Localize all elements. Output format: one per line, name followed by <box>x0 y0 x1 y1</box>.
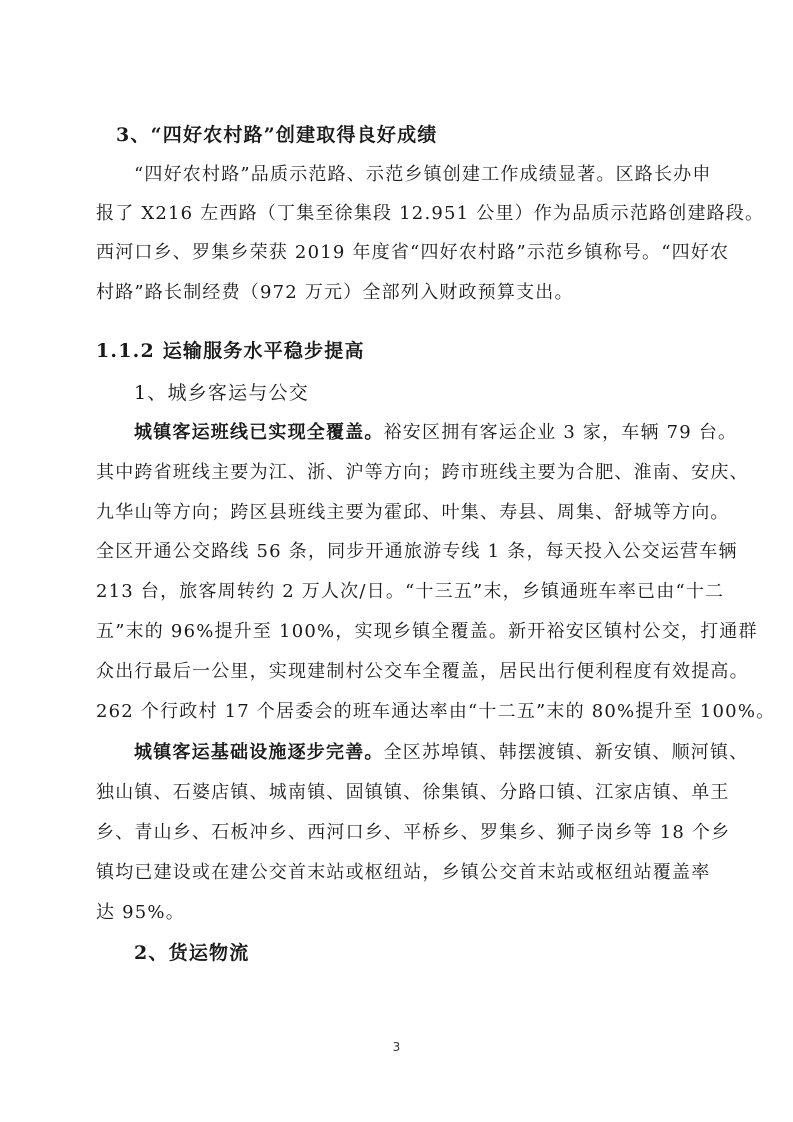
paragraph-line: “四好农村路”品质示范路、示范乡镇创建工作成绩显著。区路长办申 <box>134 164 754 186</box>
paragraph-line: 262 个行政村 17 个居委会的班车通达率由“十二五”末的 80%提升至 10… <box>96 701 716 723</box>
paragraph-line: 报了 X216 左西路（丁集至徐集段 12.951 公里）作为品质示范路创建路段… <box>96 203 716 225</box>
paragraph-line: 213 台，旅客周转约 2 万人次/日。“十三五”末，乡镇通班车率已由“十二 <box>96 581 716 603</box>
paragraph-line: 众出行最后一公里，实现建制村公交车全覆盖，居民出行便利程度有效提高。 <box>96 661 716 683</box>
paragraph-line: 全区开通公交路线 56 条，同步开通旅游专线 1 条，每天投入公交运营车辆 <box>96 541 716 563</box>
paragraph-line: 城镇客运班线已实现全覆盖。裕安区拥有客运企业 3 家，车辆 79 台。 <box>134 422 754 444</box>
paragraph-line: 九华山等方向；跨区县班线主要为霍邱、叶集、寿县、周集、舒城等方向。 <box>96 502 716 524</box>
paragraph-line: 镇均已建设或在建公交首末站或枢纽站，乡镇公交首末站或枢纽站覆盖率 <box>96 862 716 884</box>
paragraph-line: 乡、青山乡、石板冲乡、西河口乡、平桥乡、罗集乡、狮子岗乡等 18 个乡 <box>96 822 716 844</box>
section-heading-four-good-rural-roads: 3、“四好农村路”创建取得良好成绩 <box>116 124 736 146</box>
paragraph-text: 全区苏埠镇、韩摆渡镇、新安镇、顺河镇、 <box>384 742 749 763</box>
paragraph-line: 城镇客运基础设施逐步完善。全区苏埠镇、韩摆渡镇、新安镇、顺河镇、 <box>134 742 754 764</box>
bold-lead-text: 城镇客运班线已实现全覆盖。 <box>134 422 384 443</box>
paragraph-line: 达 95%。 <box>96 902 716 924</box>
subsection-heading-transport-service: 1.1.2 运输服务水平稳步提高 <box>96 340 716 362</box>
bold-lead-text: 城镇客运基础设施逐步完善。 <box>134 742 384 763</box>
subheading-urban-rural-passenger: 1、城乡客运与公交 <box>134 382 754 404</box>
page-number: 3 <box>0 1040 793 1054</box>
paragraph-line: 其中跨省班线主要为江、浙、沪等方向；跨市班线主要为合肥、淮南、安庆、 <box>96 462 716 484</box>
paragraph-line: 五”末的 96%提升至 100%，实现乡镇全覆盖。新开裕安区镇村公交，打通群 <box>96 621 716 643</box>
paragraph-line: 西河口乡、罗集乡荣获 2019 年度省“四好农村路”示范乡镇称号。“四好农 <box>96 242 716 264</box>
paragraph-line: 村路”路长制经费（972 万元）全部列入财政预算支出。 <box>96 282 716 304</box>
document-page: 3、“四好农村路”创建取得良好成绩 “四好农村路”品质示范路、示范乡镇创建工作成… <box>0 0 793 1122</box>
subheading-freight-logistics: 2、货运物流 <box>134 942 754 964</box>
paragraph-line: 独山镇、石婆店镇、城南镇、固镇镇、徐集镇、分路口镇、江家店镇、单王 <box>96 782 716 804</box>
paragraph-text: 裕安区拥有客运企业 3 家，车辆 79 台。 <box>384 422 738 443</box>
